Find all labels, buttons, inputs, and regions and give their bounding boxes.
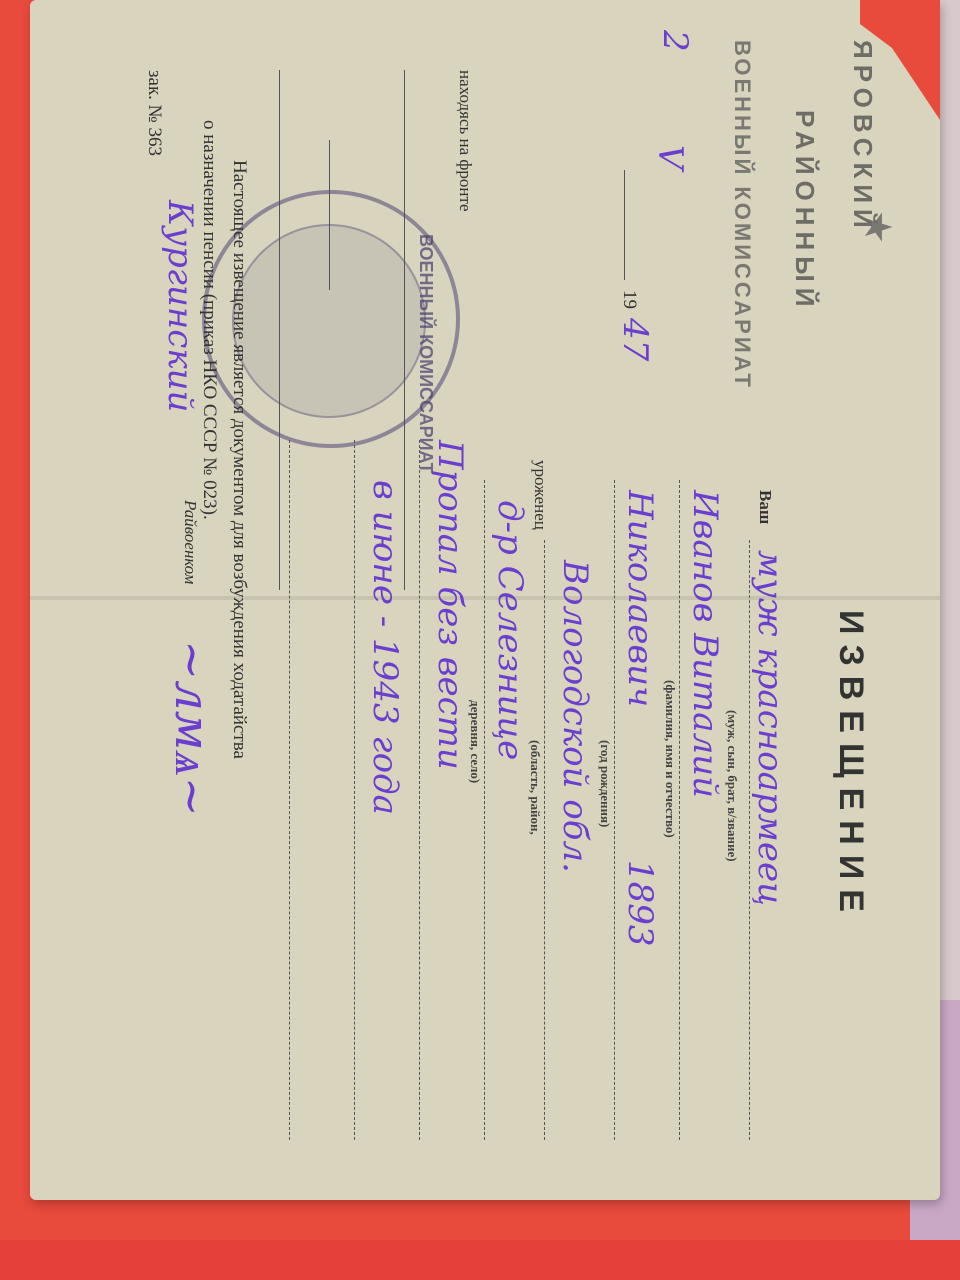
period-value: в июне - 1943 года <box>365 480 405 815</box>
native-value-1: Вологодской обл. <box>555 560 595 873</box>
fold-crease <box>30 596 940 600</box>
status-line <box>419 440 420 1140</box>
native-label: уроженец <box>530 460 550 530</box>
birth-year-value: 1893 <box>620 860 660 947</box>
birth-hint: (год рождения) <box>597 740 613 827</box>
stamp-text: ВОЕННЫЙ КОМИССАРИАТ <box>415 234 436 474</box>
stamp-signature: Кургинский <box>160 200 200 412</box>
name-value-2: Николаевич <box>620 490 660 707</box>
village-line <box>484 480 485 1140</box>
date-day: 2 <box>655 30 695 52</box>
blank-line-2 <box>289 440 290 1140</box>
background-surface <box>0 1240 960 1280</box>
period-line <box>354 440 355 1140</box>
relation-hint: (муж, сын, брат, в/звание) <box>724 710 740 862</box>
order-number: зак. № 363 <box>143 70 165 156</box>
document-title: ИЗВЕЩЕНИЕ <box>831 610 870 922</box>
name-hint: (фамилия, имя и отчество) <box>662 680 678 838</box>
header-line-3: ВОЕННЫЙ КОМИССАРИАТ <box>729 40 755 390</box>
commissar-signature: ~лмѧ~ <box>164 640 220 817</box>
date-year-suffix: 47 <box>615 318 655 361</box>
date-year-prefix: 19 <box>618 290 640 309</box>
notice-document: ★ ЯРОВСКИЙ РАЙОННЫЙ ВОЕННЫЙ КОМИССАРИАТ … <box>30 0 940 1200</box>
recipient-value: муж красноармеец <box>750 550 790 906</box>
header-line-2: РАЙОННЫЙ <box>789 110 820 312</box>
date-line <box>624 170 625 280</box>
native-line <box>544 540 545 1140</box>
status-value: Пропал без вести <box>430 440 470 770</box>
native-value-2: д-р Селезнице <box>490 500 530 760</box>
document-content: ★ ЯРОВСКИЙ РАЙОННЫЙ ВОЕННЫЙ КОМИССАРИАТ … <box>30 0 940 1200</box>
footer-text-line-1: Настоящее извещение является документом … <box>228 160 250 759</box>
date-month: V <box>650 145 690 170</box>
office-label: Райвоенком <box>180 500 200 584</box>
footer-text-line-2: о назначении пенсии (приказ НКО СССР № 0… <box>198 120 220 520</box>
birth-line <box>614 480 615 1140</box>
name-value-1: Иванов Виталий <box>685 490 725 798</box>
header-line-1: ЯРОВСКИЙ <box>847 40 878 234</box>
stamp-emblem <box>232 224 426 418</box>
front-label: находясь на фронте <box>455 70 475 212</box>
name-line <box>679 480 680 1140</box>
recipient-label: Ваш <box>755 490 775 524</box>
